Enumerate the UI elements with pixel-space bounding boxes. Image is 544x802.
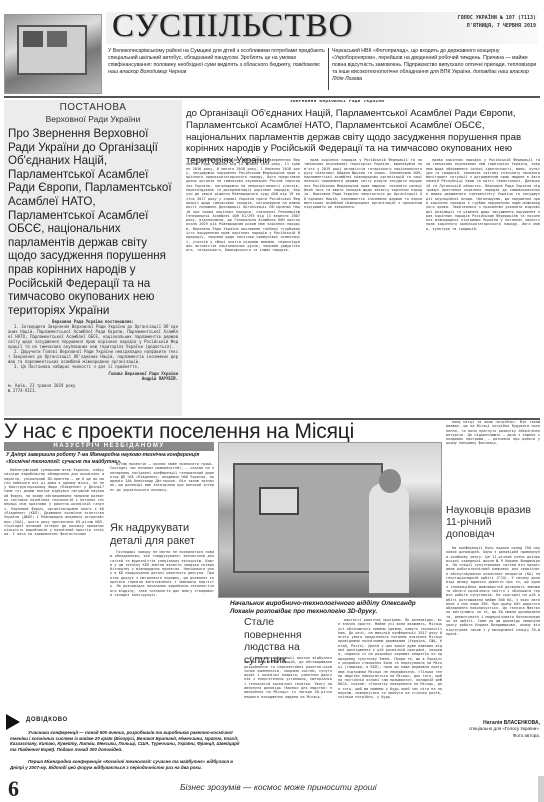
factbox-arrow-icon <box>6 714 20 730</box>
feature-col-2b: Господарі заводу не могли не похвалитися… <box>110 550 214 700</box>
teaser-left: У Великописарівському районі на Сумщині … <box>108 48 326 92</box>
decree-number: № 2774-VIII. <box>8 388 178 393</box>
decree: ПОСТАНОВА Верховної Ради України Про Зве… <box>8 102 178 419</box>
footer-edge <box>538 776 544 802</box>
feature-col-3: У рамках конференції вкотре відбулася се… <box>244 656 332 700</box>
decree-title: Про Звернення Верховної Ради України до … <box>8 127 178 317</box>
feature-col-5: На конференції було подано понад 250 нау… <box>446 546 540 718</box>
footer-page-number: 6 <box>8 776 19 802</box>
feature-col-5-top: кому місці та якою потрібно». Він також … <box>446 420 540 500</box>
feature-headline: У нас є проекти поселення на Місяці <box>4 420 354 444</box>
subhead-3d-print: Як надрукувати деталі для ракет <box>110 522 218 548</box>
appeal-col-1: Підтверджуючи позицію, викладену у зверн… <box>186 158 300 408</box>
header-rule <box>4 96 540 98</box>
factbox-title: ДОВІДКОВО <box>26 717 68 723</box>
teaser-right: Черкаський НВК «Фотоприлад», що входить … <box>332 48 540 92</box>
feature-col-4: вартості ракетної програми. Як розповіда… <box>338 618 442 768</box>
3d-printer-photo <box>218 442 442 598</box>
feature-col-1: Найпотужніший суперкомп'ютер України, на… <box>4 468 104 700</box>
decree-kicker: ПОСТАНОВА <box>8 102 178 114</box>
decree-signature-name: Андрій ПАРУБІЙ. <box>8 376 178 381</box>
photo-credit: Фото автора. <box>446 733 540 738</box>
appeal-kicker: ЗВЕРНЕННЯ Верховної Ради України <box>290 100 490 104</box>
author-block: Наталія ВЛАСЕНКОВА, спеціально для «Голо… <box>446 720 540 738</box>
teaser-divider <box>328 48 329 90</box>
factbox-text-1: Учасники конференції — понад 500 вчених,… <box>10 730 240 752</box>
issue-date: П'ЯТНИЦЯ, 7 ЧЕРВНЯ 2019 <box>396 22 536 30</box>
factbox-text-2: Перша Міжнародна конференція «Космічні т… <box>10 759 240 770</box>
factbox: ДОВІДКОВО Учасники конференції — понад 5… <box>4 712 240 770</box>
decree-body: Верховна Рада України постановляє: 1. За… <box>8 319 178 419</box>
appeal-col-3: права корінних народів у Російській Феде… <box>426 158 540 408</box>
decree-item-2: 2. Доручити Голові Верховної Ради Україн… <box>8 349 178 364</box>
decree-item-1: 1. Затвердити Звернення Верховної Ради У… <box>8 324 178 349</box>
appeal-col-2: прав корінних народів у Російській Федер… <box>304 158 422 408</box>
rubric-bar: НАЗУСТРІЧ НЕЗБІДАНОМУ <box>4 442 214 451</box>
bus-photo <box>4 14 102 94</box>
author-role: спеціально для «Голосу України». <box>446 726 540 731</box>
subhead-young-speaker: Науковців вразив 11-річний доповідач <box>446 504 540 540</box>
issue-number: ГОЛОС УКРАЇНИ № 107 (7113) <box>396 14 536 22</box>
decree-item-3: 3. Ця Постанова набирає чинності з дня ї… <box>8 364 178 369</box>
section-title: СУСПІЛЬСТВО <box>112 8 353 45</box>
footer-slogan: Бізнес зрозумів — космос може приносити … <box>180 782 377 792</box>
issue-info: ГОЛОС УКРАЇНИ № 107 (7113) П'ЯТНИЦЯ, 7 Ч… <box>396 14 536 30</box>
decree-issuer: Верховної Ради України <box>8 114 178 125</box>
photo-caption: Начальник виробничо-технологічного відді… <box>230 600 440 616</box>
